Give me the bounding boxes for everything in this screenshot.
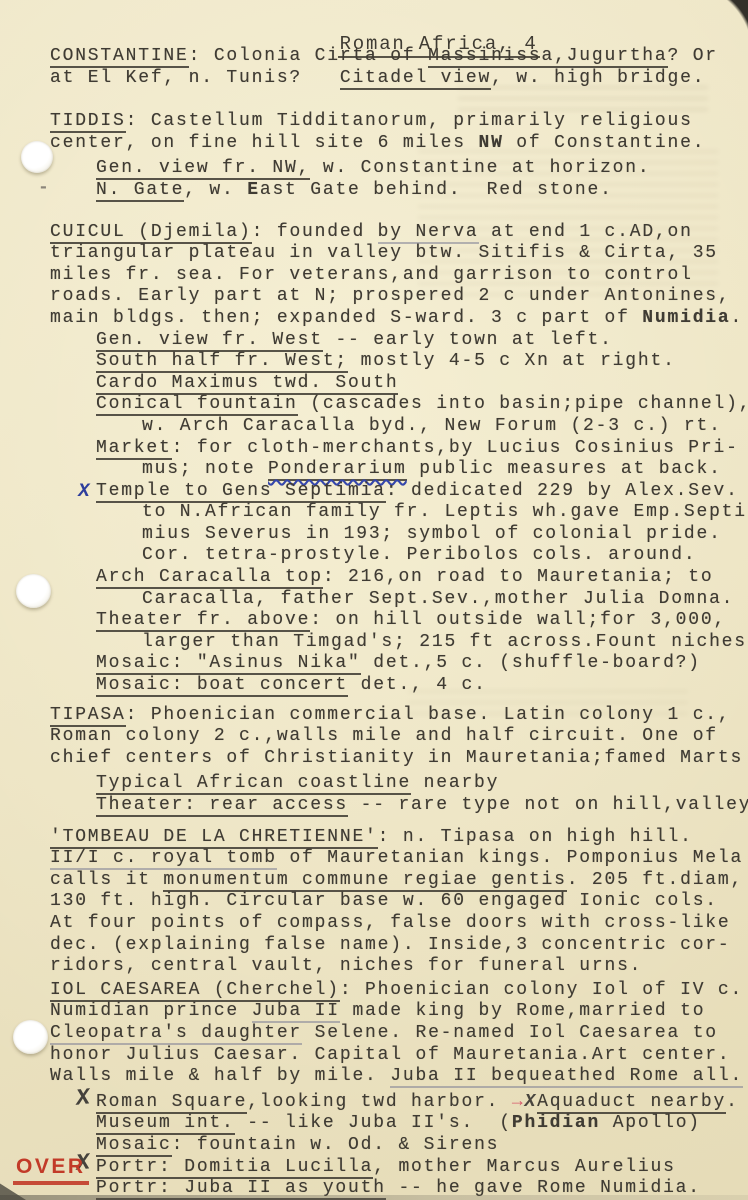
text-segment: , w. high bridge. [491,68,705,88]
text-segment: Conical fountain [96,394,298,416]
text-line: TIPASA: Phoenician commercial base. Lati… [50,705,748,727]
red-arrow-mark: → [512,1092,525,1112]
text-segment: , mother Marcus Aurelius [373,1157,675,1177]
text-segment: w. Constantine at horizon. [310,158,650,178]
text-segment: Numidian prince [50,1001,252,1021]
text-line: Cardo Maximus twd. South [96,373,748,395]
text-line: triangular plateau in valley btw. Sitifi… [50,243,748,265]
text-segment: South half fr. West; [96,351,348,373]
text-segment: 'TOMBEAU DE LA CHRETIENNE' [50,827,378,849]
text-segment: Caracalla, father Sept.Sev.,mother Julia… [142,589,734,609]
text-segment: Roman colony 2 c.,walls mile and half ci… [50,726,718,746]
text-line: at El Kef, n. Tunis? Citadel view, w. hi… [50,68,748,90]
text-segment: Juba II [252,1001,340,1023]
text-segment: 130 ft. high. Circular base w. 60 engage… [50,891,718,911]
text-segment: . 205 ft.diam, [567,870,743,890]
text-segment: made king by Rome,married to [340,1001,705,1021]
text-segment: mus; note [142,459,268,479]
text-segment: ,looking twd harbor. [247,1092,512,1112]
text-segment: Roman Square [96,1092,247,1114]
text-segment: mius Severus in 193; symbol of colonial … [142,524,722,544]
text-line: Typical African coastline nearby [96,773,748,795]
page-title: Roman Africa, 4 [50,8,748,32]
text-segment: Typical African coastline [96,773,411,795]
punch-hole [13,1020,48,1054]
text-segment: det., 4 c. [348,675,487,695]
margin-dash-mark: - [38,178,51,200]
text-segment: of Constantine. [504,133,706,153]
text-line: Cleopatra's daughter Selene. Re-named Io… [50,1023,748,1045]
text-segment: -- like Juba II's. ( [235,1113,512,1133]
text-line: main bldgs. then; expanded S-ward. 3 c p… [50,308,748,330]
text-line: Gen. view fr. NW, w. Constantine at hori… [96,158,748,180]
text-segment: ridors, central vault, niches for funera… [50,956,642,976]
text-line: roads. Early part at N; prospered 2 c un… [50,286,748,308]
text-segment: det.,5 c. (shuffle-board?) [361,653,701,673]
page-edge-shadow [0,1195,748,1200]
text-segment: E [247,180,260,200]
text-segment: w. Arch Caracalla byd., New Forum (2-3 c… [142,416,722,436]
text-segment: nearby [411,773,499,793]
text-segment: TIPASA [50,705,126,727]
text-line: Mosaic: "Asinus Nika" det.,5 c. (shuffle… [96,653,748,675]
punch-hole [16,574,51,608]
text-segment: Citadel view [340,68,491,90]
text-segment: roads. Early part at N; prospered 2 c un… [50,286,731,306]
text-segment: at end 1 c.AD,on [479,222,693,242]
section-tiddis: TIDDIS: Castellum Tidditanorum, primaril… [50,111,748,201]
text-line: Roman colony 2 c.,walls mile and half ci… [50,726,748,748]
text-segment: : dedicated 229 by Alex.Sev. [386,481,739,501]
text-line: mius Severus in 193; symbol of colonial … [142,524,748,546]
text-segment: calls it [50,870,163,890]
text-line: mus; note Ponderarium public measures at… [142,459,748,481]
text-segment: Ponderarium [268,459,407,481]
text-segment: main bldgs. then; expanded S-ward. 3 c p… [50,308,642,328]
text-line: to N.African family fr. Leptis wh.gave E… [142,502,748,524]
text-line: Theater: rear access -- rare type not on… [96,795,748,817]
text-line: Theater fr. above: on hill outside wall;… [96,610,748,632]
text-line: -N. Gate, w. East Gate behind. Red stone… [96,180,748,202]
text-segment: Cor. tetra-prostyle. Peribolos cols. aro… [142,545,696,565]
text-segment: Theater: rear access [96,795,348,817]
text-segment: II/I c. royal tomb [50,848,277,870]
text-segment: NW [478,133,503,153]
text-line: 130 ft. high. Circular base w. 60 engage… [50,891,748,913]
text-segment: Juba II bequeathed Rome all. [390,1066,743,1088]
text-segment: CUICUL (Djemila) [50,222,252,244]
text-line: w. Arch Caracalla byd., New Forum (2-3 c… [142,416,748,438]
text-segment: , w. [184,180,247,200]
text-segment: Market [96,438,172,460]
text-line: Arch Caracalla top: 216,on road to Maure… [96,567,748,589]
section-tipasa: TIPASA: Phoenician commercial base. Lati… [50,705,748,817]
section-tombeau: 'TOMBEAU DE LA CHRETIENNE': n. Tipasa on… [50,827,748,978]
text-line: XRoman Square,looking twd harbor. →XAqua… [96,1092,748,1114]
text-line: Numidian prince Juba II made king by Rom… [50,1001,748,1023]
text-segment: Gen. view fr. NW, [96,158,310,180]
text-segment: Cleopatra's daughter [50,1023,302,1045]
text-segment: : Phoenician commercial base. Latin colo… [126,705,731,725]
text-segment: Arch Caracalla top [96,567,323,589]
text-line: CUICUL (Djemila): founded by Nerva at en… [50,222,748,244]
text-segment: center, on fine hill site 6 miles [50,133,478,153]
text-line: larger than Timgad's; 215 ft across.Foun… [142,632,748,654]
text-segment: . [726,1092,739,1112]
text-segment: : Colonia Cirta of [189,46,428,66]
text-segment: Numidia [642,308,730,328]
over-stamp: OVER [13,1155,89,1185]
text-segment: : founded [252,222,378,242]
text-segment: : 216,on road to Mauretania; to [323,567,714,587]
text-segment: honor Julius Caesar. Capital of Mauretan… [50,1045,731,1065]
text-segment: Mosaic [96,1135,172,1157]
text-line: XPortr: Domitia Lucilla, mother Marcus A… [96,1157,748,1179]
text-segment: Massinissa,Jugurtha [428,46,667,68]
text-line: Cor. tetra-prostyle. Peribolos cols. aro… [142,545,748,567]
text-segment: TIDDIS [50,111,126,133]
text-line: Museum int. -- like Juba II's. (Phidian … [96,1113,748,1135]
text-segment: : Phoenician colony Iol of IV c. [340,980,743,1000]
text-line: ridors, central vault, niches for funera… [50,956,748,978]
x-annotation: X [524,1092,537,1112]
text-segment: public measures at back. [407,459,722,479]
document-body: CONSTANTINE: Colonia Cirta of Massinissa… [50,46,748,1200]
punch-hole [21,141,53,173]
text-line: Conical fountain (cascades into basin;pi… [96,394,748,416]
text-segment: -- early town at left. [323,330,613,350]
text-line: IOL CAESAREA (Cherchel): Phoenician colo… [50,980,748,1002]
text-segment: : fountain w. Od. & Sirens [172,1135,500,1155]
text-segment: Gen. view fr. West [96,330,323,352]
text-segment: Aquaduct nearby [537,1092,726,1114]
text-line: miles fr. sea. For veterans,and garrison… [50,265,748,287]
text-line: Mosaic: fountain w. Od. & Sirens [96,1135,748,1157]
scanned-notes-page: Roman Africa, 4 CONSTANTINE: Colonia Cir… [0,0,748,1200]
text-line: calls it monumentum commune regiae genti… [50,870,748,892]
pencil-x-mark: X [75,1087,93,1110]
text-segment: Cardo Maximus twd. South [96,373,398,395]
text-segment: by Nerva [378,222,479,244]
text-segment: : n. Tipasa on high hill. [378,827,693,847]
text-segment: of Mauretanian kings. Pomponius Mela [277,848,743,868]
section-iol: IOL CAESAREA (Cherchel): Phoenician colo… [50,980,748,1088]
text-segment: miles fr. sea. For veterans,and garrison… [50,265,693,285]
text-line: chief centers of Christianity in Maureta… [50,748,748,770]
text-segment: Apollo) [600,1113,701,1133]
text-line: Walls mile & half by mile. Juba II beque… [50,1066,748,1088]
text-line: II/I c. royal tomb of Mauretanian kings.… [50,848,748,870]
text-line: Market: for cloth-merchants,by Lucius Co… [96,438,748,460]
blue-x-mark: X [76,481,93,503]
text-line: 'TOMBEAU DE LA CHRETIENNE': n. Tipasa on… [50,827,748,849]
text-line: Caracalla, father Sept.Sev.,mother Julia… [142,589,748,611]
text-segment: : on hill outside wall;for 3,000, [310,610,726,630]
text-line: center, on fine hill site 6 miles NW of … [50,133,748,155]
text-segment: at El Kef, n. Tunis? [50,68,340,88]
text-segment: Temple to Gens Septimia [96,481,386,503]
text-segment: mostly 4-5 c Xn at right. [348,351,676,371]
text-segment: triangular plateau in valley btw. Sitifi… [50,243,718,263]
section-constantine: CONSTANTINE: Colonia Cirta of Massinissa… [50,46,748,89]
section-views: XRoman Square,looking twd harbor. →XAqua… [50,1092,748,1200]
text-line: CONSTANTINE: Colonia Cirta of Massinissa… [50,46,748,68]
text-segment: Walls mile & half by mile. [50,1066,390,1086]
text-segment: ast Gate behind. Red stone. [260,180,613,200]
text-line: Gen. view fr. West -- early town at left… [96,330,748,352]
text-segment: : Castellum Tidditanorum, primarily reli… [126,111,693,131]
text-line: honor Julius Caesar. Capital of Mauretan… [50,1045,748,1067]
text-line: Mosaic: boat concert det., 4 c. [96,675,748,697]
text-segment: Mosaic: "Asinus Nika" [96,653,361,675]
text-segment: dec. (explaining false name). Inside,3 c… [50,935,731,955]
text-segment: Portr: Domitia Lucilla [96,1157,373,1179]
text-segment: : for cloth-merchants,by Lucius Cosinius… [172,438,739,458]
text-segment: monumentum commune regiae gentis [163,870,566,892]
text-segment: Theater fr. above [96,610,310,632]
text-segment: larger than Timgad's; 215 ft across.Foun… [142,632,748,652]
page-corner-shadow [682,0,748,54]
text-segment: IOL CAESAREA (Cherchel) [50,980,340,1002]
text-segment: to N.African family fr. Leptis wh.gave E… [142,502,748,522]
text-segment: Museum int. [96,1113,235,1135]
text-segment: At four points of compass, false doors w… [50,913,731,933]
text-segment: CONSTANTINE [50,46,189,68]
text-line: TIDDIS: Castellum Tidditanorum, primaril… [50,111,748,133]
text-segment: chief centers of Christianity in Maureta… [50,748,743,768]
text-segment: N. Gate [96,180,184,202]
typed-text-column: Roman Africa, 4 CONSTANTINE: Colonia Cir… [50,8,748,1200]
text-segment: Mosaic: boat concert [96,675,348,697]
text-line: dec. (explaining false name). Inside,3 c… [50,935,748,957]
text-segment: . [731,308,744,328]
text-segment: (cascades into basin;pipe channel), [298,394,748,414]
text-segment: Selene. Re-named Iol Caesarea to [302,1023,718,1043]
text-line: At four points of compass, false doors w… [50,913,748,935]
text-segment: -- rare type not on hill,valley [348,795,748,815]
text-line: XTemple to Gens Septimia: dedicated 229 … [96,481,748,503]
text-line: South half fr. West; mostly 4-5 c Xn at … [96,351,748,373]
section-cuicul: CUICUL (Djemila): founded by Nerva at en… [50,222,748,697]
text-segment: Phidian [512,1113,600,1133]
